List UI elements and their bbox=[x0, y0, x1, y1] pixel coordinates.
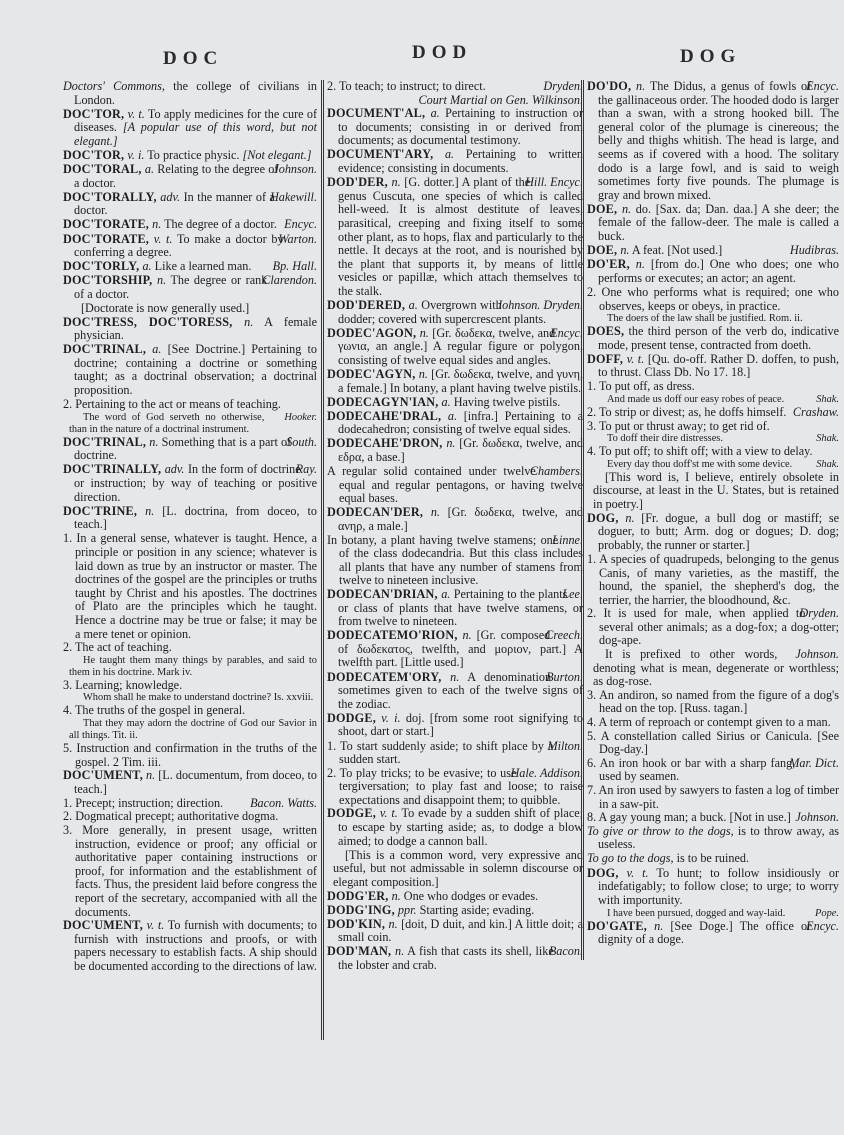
part-of-speech: adv. bbox=[160, 190, 180, 204]
headword: DODGE, bbox=[327, 806, 376, 820]
citation-author: Crashaw. bbox=[799, 406, 839, 420]
definition-text: 4. A term of reproach or contempt given … bbox=[587, 715, 831, 729]
citation-author: Encyc. bbox=[289, 218, 317, 232]
definition-text: 8. A gay young man; a buck. [Not in use.… bbox=[587, 810, 791, 824]
definition-text: 4. The truths of the gospel in general. bbox=[63, 703, 245, 717]
dictionary-entry: DOFF, v. t. [Qu. do-off. Rather D. doffe… bbox=[587, 353, 839, 380]
part-of-speech: n. bbox=[446, 436, 455, 450]
dictionary-entry: DODGE, v. t. To evade by a sudden shift … bbox=[327, 807, 583, 848]
dictionary-entry: DOCUMENT'ARY, a. Pertaining to written e… bbox=[327, 148, 583, 175]
guide-word-right: DOG bbox=[680, 46, 741, 68]
dictionary-entry: Bacon. DOD'MAN, n. A fish that casts its… bbox=[327, 945, 583, 972]
definition-text: [Fr. dogue, a bull dog or mastiff; se do… bbox=[598, 511, 839, 552]
definition-text: do. [Sax. da; Dan. daa.] A she deer; the… bbox=[598, 202, 839, 243]
headword: DOES, bbox=[587, 324, 624, 338]
dictionary-entry: DOD'KIN, n. [doit, D duit, and kin.] A l… bbox=[327, 918, 583, 945]
headword: DOC'TRINAL, bbox=[63, 435, 146, 449]
part-of-speech: a. bbox=[445, 147, 454, 161]
citation-author: Encyc. bbox=[811, 920, 839, 934]
dictionary-quote: That they may adorn the doctrine of God … bbox=[63, 718, 317, 742]
dictionary-sense: 2. One who performs what is required; on… bbox=[587, 286, 839, 313]
dictionary-entry: DODGE, v. i. doj. [from some root signif… bbox=[327, 712, 583, 739]
part-of-speech: v. i. bbox=[381, 711, 400, 725]
citation-author: Mar. Dict. bbox=[795, 757, 839, 771]
dictionary-phrase: Doctors' Commons, the college of civilia… bbox=[63, 80, 317, 107]
citation-author: Hale. Addison. bbox=[516, 767, 583, 781]
dictionary-sense: 3. An andiron, so named from the figure … bbox=[587, 689, 839, 716]
quotation-text: That they may adorn the doctrine of God … bbox=[69, 718, 317, 741]
citation-author: South. bbox=[291, 436, 317, 450]
quotation-text: He taught them many things by parables, … bbox=[69, 655, 317, 678]
dictionary-sense: Hale. Addison. 2. To play tricks; to be … bbox=[327, 767, 583, 808]
dictionary-entry: Bp. Hall. DOC'TORLY, a. Like a learned m… bbox=[63, 260, 317, 274]
dictionary-sense: Milton. 1. To start suddenly aside; to s… bbox=[327, 740, 583, 767]
part-of-speech: ppr. bbox=[398, 903, 417, 917]
headword: DODG'ING, bbox=[327, 903, 395, 917]
dictionary-sense: Linne. In botany, a plant having twelve … bbox=[327, 534, 583, 588]
column-left: Doctors' Commons, the college of civilia… bbox=[63, 80, 317, 1035]
dictionary-sense: 4. To put off; to shift off; with a view… bbox=[587, 445, 839, 459]
headword: DOC'TOR, bbox=[63, 148, 124, 162]
headword: DOCUMENT'ARY, bbox=[327, 147, 433, 161]
part-of-speech: n. bbox=[395, 944, 404, 958]
definition-text: 7. An iron used by sawyers to fasten a l… bbox=[587, 783, 839, 811]
dictionary-sense: Dryden. 2. To teach; to instruct; to dir… bbox=[327, 80, 583, 94]
dictionary-entry: Ray. DOC'TRINALLY, adv. In the form of d… bbox=[63, 463, 317, 504]
headword: DOE, bbox=[587, 243, 617, 257]
headword: DOFF, bbox=[587, 352, 623, 366]
part-of-speech: n. bbox=[419, 367, 428, 381]
headword: DOD'DER, bbox=[327, 175, 388, 189]
citation-author: Encyc. bbox=[811, 80, 839, 94]
part-of-speech: n. bbox=[392, 889, 401, 903]
dictionary-entry: Creech. DODECATEMO'RION, n. [Gr. compose… bbox=[327, 629, 583, 670]
dictionary-entry: DOC'TOR, v. t. To apply medicines for th… bbox=[63, 108, 317, 149]
dictionary-note: [This is a common word, very expressive … bbox=[327, 849, 583, 890]
part-of-speech: a. bbox=[442, 395, 451, 409]
part-of-speech: v. t. bbox=[128, 107, 145, 121]
dictionary-sense: Dryden. 2. It is used for male, when app… bbox=[587, 607, 839, 648]
part-of-speech: n. bbox=[654, 919, 663, 933]
citation-author: Hill. Encyc. bbox=[530, 176, 583, 190]
dictionary-note: [Doctorate is now generally used.] bbox=[63, 302, 317, 316]
part-of-speech: a. bbox=[145, 162, 154, 176]
headword: DODECAN'DRIAN, bbox=[327, 587, 438, 601]
dictionary-sense: 2. The act of teaching. bbox=[63, 641, 317, 655]
citation-author: Ray. bbox=[301, 463, 317, 477]
headword: DOC'TRESS, DOC'TORESS, bbox=[63, 315, 233, 329]
headword: DODEC'AGYN, bbox=[327, 367, 416, 381]
dictionary-sense: 4. The truths of the gospel in general. bbox=[63, 704, 317, 718]
part-of-speech: n. bbox=[636, 79, 645, 93]
citation-author: Johnson. bbox=[278, 163, 317, 177]
part-of-speech: a. bbox=[441, 587, 450, 601]
definition-text: 3. An andiron, so named from the figure … bbox=[587, 688, 839, 716]
quotation-text: The doers of the law shall be justified.… bbox=[607, 313, 803, 324]
dictionary-sense: 2. Pertaining to the act or means of tea… bbox=[63, 398, 317, 412]
headword: DODG'ER, bbox=[327, 889, 389, 903]
dictionary-sense: Chambers. A regular solid contained unde… bbox=[327, 465, 583, 506]
headword: DOC'TRINALLY, bbox=[63, 462, 161, 476]
quotation-text: I have been pursued, dogged and way-laid… bbox=[607, 908, 785, 919]
definition-text: 1. In a general sense, whatever is taugh… bbox=[63, 531, 317, 640]
dictionary-entry: Johnson. DOC'TORAL, a. Relating to the d… bbox=[63, 163, 317, 190]
dictionary-sense: 3. To put or thrust away; to get rid of. bbox=[587, 420, 839, 434]
running-head: DOC DOD DOG bbox=[0, 38, 844, 72]
quotation-text: Every day thou doff'st me with some devi… bbox=[607, 459, 792, 470]
dictionary-entry: DODECAHE'DRON, n. [Gr. δωδεκα, twelve, a… bbox=[327, 437, 583, 464]
dictionary-entry: DODECAHE'DRAL, a. [infra.] Pertaining to… bbox=[327, 410, 583, 437]
dictionary-sense: 3. More generally, in present usage, wri… bbox=[63, 824, 317, 919]
dictionary-note: [This word is, I believe, entirely obsol… bbox=[587, 471, 839, 512]
guide-word-center: DOD bbox=[412, 42, 472, 64]
part-of-speech: n. bbox=[625, 511, 634, 525]
definition-text: 1. Precept; instruction; direction. bbox=[63, 796, 223, 810]
headword: DOC'TRINE, bbox=[63, 504, 137, 518]
guide-word-left: DOC bbox=[163, 48, 223, 70]
definition-text: 2. It is used for male, when applied to … bbox=[587, 606, 839, 647]
dictionary-entry: Encyc. DO'GATE, n. [See Doge.] The offic… bbox=[587, 920, 839, 947]
part-of-speech: n. bbox=[146, 768, 155, 782]
dictionary-sense: 1. In a general sense, whatever is taugh… bbox=[63, 532, 317, 641]
citation-author: Bp. Hall. bbox=[278, 260, 317, 274]
part-of-speech: n. bbox=[244, 315, 253, 329]
citation-author: Encyc. bbox=[555, 327, 583, 341]
quotation-text: And made us doff our easy robes of peace… bbox=[607, 394, 784, 405]
part-of-speech: a. bbox=[431, 106, 440, 120]
definition-text: 3. To put or thrust away; to get rid of. bbox=[587, 419, 770, 433]
dictionary-entry: Encyc. DO'DO, n. The Didus, a genus of f… bbox=[587, 80, 839, 202]
definition-text: 2. To teach; to instruct; to direct. bbox=[327, 79, 486, 93]
phrase-head: To go to the dogs, bbox=[587, 851, 674, 865]
definition-text: A feat. [Not used.] bbox=[632, 243, 722, 257]
citation-author: Johnson. bbox=[777, 648, 839, 662]
part-of-speech: n. bbox=[149, 435, 158, 449]
part-of-speech: v. i. bbox=[127, 148, 144, 162]
citation-author: Chambers. bbox=[536, 465, 583, 479]
dictionary-sense: 1. To put off, as dress. bbox=[587, 380, 839, 394]
definition-text: [from do.] One who does; one who perform… bbox=[598, 257, 839, 285]
headword: DOG, bbox=[587, 866, 619, 880]
headword: DOC'TORALLY, bbox=[63, 190, 157, 204]
headword: DOD'KIN, bbox=[327, 917, 385, 931]
citation-author: Milton. bbox=[553, 740, 583, 754]
definition-text: 5. A constellation called Sirius or Cani… bbox=[587, 729, 839, 757]
headword: DODECAHE'DRON, bbox=[327, 436, 443, 450]
headword: DOC'TORATE, bbox=[63, 232, 149, 246]
headword: DODECATEM'ORY, bbox=[327, 670, 441, 684]
phrase-head: Doctors' Commons, bbox=[63, 79, 165, 93]
part-of-speech: adv. bbox=[165, 462, 185, 476]
headword: DOCUMENT'AL, bbox=[327, 106, 425, 120]
part-of-speech: n. bbox=[636, 257, 645, 271]
quotation-text: Whom shall he make to understand doctrin… bbox=[83, 692, 313, 703]
dictionary-phrase: To go to the dogs, is to be ruined. bbox=[587, 852, 839, 866]
headword: DODECAGYN'IAN, bbox=[327, 395, 438, 409]
definition-text: is to be ruined. bbox=[677, 851, 749, 865]
citation-author: Creech. bbox=[550, 629, 583, 643]
definition-text: 2. Dogmatical precept; authoritative dog… bbox=[63, 809, 278, 823]
citation-author: Johnson. bbox=[801, 811, 839, 825]
dictionary-entry: Hill. Encyc. DOD'DER, n. [G. dotter.] A … bbox=[327, 176, 583, 298]
citation-author: Hakewill. bbox=[275, 191, 317, 205]
dictionary-columns: Doctors' Commons, the college of civilia… bbox=[63, 80, 833, 1100]
citation-author: Warton. bbox=[284, 233, 318, 247]
headword: DO'GATE, bbox=[587, 919, 647, 933]
part-of-speech: n. bbox=[620, 243, 629, 257]
dictionary-sense: 1. A species of quadrupeds, belonging to… bbox=[587, 553, 839, 607]
headword: DOC'TORAL, bbox=[63, 162, 142, 176]
dictionary-entry: Hakewill. DOC'TORALLY, adv. In the manne… bbox=[63, 191, 317, 218]
dictionary-entry: DOG, n. [Fr. dogue, a bull dog or mastif… bbox=[587, 512, 839, 553]
column-right: Encyc. DO'DO, n. The Didus, a genus of f… bbox=[581, 80, 839, 960]
definition-text: 3. More generally, in present usage, wri… bbox=[63, 823, 317, 919]
dictionary-entry: DOC'TOR, v. i. To practice physic. [Not … bbox=[63, 149, 317, 163]
dictionary-entry: Warton. DOC'TORATE, v. t. To make a doct… bbox=[63, 233, 317, 260]
dictionary-sense: 5. Instruction and confirmation in the t… bbox=[63, 742, 317, 769]
dictionary-entry: Johnson. Dryden. DOD'DERED, a. Overgrown… bbox=[327, 299, 583, 326]
dictionary-sense: Bacon. Watts. 1. Precept; instruction; d… bbox=[63, 797, 317, 811]
dictionary-entry: DODECAN'DER, n. [Gr. δωδεκα, twelve, and… bbox=[327, 506, 583, 533]
definition-text: 3. Learning; knowledge. bbox=[63, 678, 182, 692]
dictionary-entry: Court Martial on Gen. Wilkinson. DOCUMEN… bbox=[327, 94, 583, 148]
part-of-speech: n. bbox=[622, 202, 631, 216]
headword: DODECAN'DER, bbox=[327, 505, 423, 519]
dictionary-entry: Lee. DODECAN'DRIAN, a. Pertaining to the… bbox=[327, 588, 583, 629]
citation-author: Clarendon. bbox=[267, 274, 317, 288]
part-of-speech: v. t. bbox=[380, 806, 398, 820]
definition-text: Like a learned man. bbox=[155, 259, 252, 273]
dictionary-sense: 2. Dogmatical precept; authoritative dog… bbox=[63, 810, 317, 824]
definition-text: The degree of a doctor. bbox=[164, 217, 277, 231]
quotation-text: The word of God serveth no otherwise, th… bbox=[69, 412, 264, 435]
citation-author: Linne. bbox=[558, 534, 583, 548]
dictionary-entry: DOC'TRINE, n. [L. doctrina, from doceo, … bbox=[63, 505, 317, 532]
part-of-speech: a. bbox=[142, 259, 151, 273]
headword: DODECATEMO'RION, bbox=[327, 628, 458, 642]
dictionary-entry: Burton. DODECATEM'ORY, n. A denomination… bbox=[327, 671, 583, 712]
headword: DODECAHE'DRAL, bbox=[327, 409, 441, 423]
headword: DODGE, bbox=[327, 711, 376, 725]
part-of-speech: n. bbox=[152, 217, 161, 231]
dictionary-quote: He taught them many things by parables, … bbox=[63, 655, 317, 679]
definition-text: [G. dotter.] A plant of the genus Cuscut… bbox=[338, 175, 583, 298]
dictionary-entry: Encyc. DOC'TORATE, n. The degree of a do… bbox=[63, 218, 317, 232]
part-of-speech: n. bbox=[431, 505, 440, 519]
definition-text: [This is a common word, very expressive … bbox=[333, 848, 583, 889]
dictionary-entry: Encyc. DODEC'AGON, n. [Gr. δωδεκα, twelv… bbox=[327, 327, 583, 368]
headword: DOD'DERED, bbox=[327, 298, 405, 312]
usage-note: [Not elegant.] bbox=[242, 148, 311, 162]
definition-text: 2. One who performs what is required; on… bbox=[587, 285, 839, 313]
dictionary-entry: DODG'ING, ppr. Starting aside; evading. bbox=[327, 904, 583, 918]
part-of-speech: v. t. bbox=[627, 352, 645, 366]
part-of-speech: v. t. bbox=[147, 918, 165, 932]
dictionary-entry: DOC'TRESS, DOC'TORESS, n. A female physi… bbox=[63, 316, 317, 343]
dictionary-phrase: To give or throw to the dogs, is to thro… bbox=[587, 825, 839, 852]
headword: DOC'TRINAL, bbox=[63, 342, 146, 356]
citation-author: Johnson. Dryden. bbox=[502, 299, 583, 313]
part-of-speech: a. bbox=[409, 298, 418, 312]
dictionary-quote: Hooker. The word of God serveth no other… bbox=[63, 412, 317, 436]
citation-author: Hudibras. bbox=[795, 244, 839, 258]
dictionary-entry: DOC'UMENT, v. t. To furnish with documen… bbox=[63, 919, 317, 973]
definition-text: 4. To put off; to shift off; with a view… bbox=[587, 444, 813, 458]
headword: DO'ER, bbox=[587, 257, 630, 271]
part-of-speech: n. bbox=[157, 273, 166, 287]
citation-author: Bacon. bbox=[554, 945, 583, 959]
citation-author: Court Martial on Gen. Wilkinson. bbox=[423, 94, 583, 108]
dictionary-entry: DOC'UMENT, n. [L. documentum, from doceo… bbox=[63, 769, 317, 796]
dictionary-note: Johnson. It is prefixed to other words, … bbox=[587, 648, 839, 689]
definition-text: To practice physic. bbox=[147, 148, 239, 162]
dictionary-sense: Johnson. 8. A gay young man; a buck. [No… bbox=[587, 811, 839, 825]
definition-text: [Doctorate is now generally used.] bbox=[81, 301, 249, 315]
dictionary-sense: Crashaw. 2. To strip or divest; as, he d… bbox=[587, 406, 839, 420]
part-of-speech: n. bbox=[145, 504, 154, 518]
citation-author: Dryden. bbox=[805, 607, 839, 621]
definition-text: 1. To put off, as dress. bbox=[587, 379, 695, 393]
part-of-speech: a. bbox=[448, 409, 457, 423]
dictionary-sense: Mar. Dict. 6. An iron hook or bar with a… bbox=[587, 757, 839, 784]
part-of-speech: n. bbox=[463, 628, 472, 642]
part-of-speech: v. t. bbox=[154, 232, 173, 246]
definition-text: 1. To start suddenly aside; to shift pla… bbox=[327, 739, 553, 767]
headword: DOC'TORLY, bbox=[63, 259, 139, 273]
headword: DOC'UMENT, bbox=[63, 768, 143, 782]
headword: DO'DO, bbox=[587, 79, 631, 93]
definition-text: Starting aside; evading. bbox=[420, 903, 535, 917]
dictionary-entry: DOG, v. t. To hunt; to follow insidiousl… bbox=[587, 867, 839, 908]
definition-text: 2. To strip or divest; as, he doffs hims… bbox=[587, 405, 786, 419]
headword: DOC'TORATE, bbox=[63, 217, 149, 231]
headword: DOC'UMENT, bbox=[63, 918, 143, 932]
part-of-speech: n. bbox=[450, 670, 459, 684]
citation-author: Hooker. bbox=[264, 412, 317, 424]
definition-text: One who dodges or evades. bbox=[404, 889, 538, 903]
column-middle: Dryden. 2. To teach; to instruct; to dir… bbox=[321, 80, 583, 1040]
headword: DOC'TOR, bbox=[63, 107, 124, 121]
headword: DOD'MAN, bbox=[327, 944, 391, 958]
part-of-speech: n. bbox=[420, 326, 429, 340]
definition-text: Having twelve pistils. bbox=[454, 395, 561, 409]
part-of-speech: v. t. bbox=[627, 866, 649, 880]
definition-text: the third person of the verb do, indicat… bbox=[598, 324, 839, 352]
dictionary-entry: DOC'TRINAL, a. [See Doctrine.] Pertainin… bbox=[63, 343, 317, 397]
citation-author: Burton. bbox=[551, 671, 583, 685]
definition-text: 6. An iron hook or bar with a sharp fang… bbox=[587, 756, 795, 784]
dictionary-sense: 7. An iron used by sawyers to fasten a l… bbox=[587, 784, 839, 811]
dictionary-sense: 5. A constellation called Sirius or Cani… bbox=[587, 730, 839, 757]
definition-text: [This word is, I believe, entirely obsol… bbox=[593, 470, 839, 511]
definition-text: The Didus, a genus of fowls of the galli… bbox=[598, 79, 839, 202]
dictionary-entry: DO'ER, n. [from do.] One who does; one w… bbox=[587, 258, 839, 285]
headword: DOG, bbox=[587, 511, 619, 525]
dictionary-entry: DOES, the third person of the verb do, i… bbox=[587, 325, 839, 352]
dictionary-entry: South. DOC'TRINAL, n. Something that is … bbox=[63, 436, 317, 463]
definition-text: In botany, a plant having twelve stamens… bbox=[327, 533, 583, 588]
dictionary-sense: 3. Learning; knowledge. bbox=[63, 679, 317, 693]
dictionary-sense: 4. A term of reproach or contempt given … bbox=[587, 716, 839, 730]
definition-text: 2. The act of teaching. bbox=[63, 640, 172, 654]
part-of-speech: n. bbox=[392, 175, 401, 189]
citation-author: Bacon. Watts. bbox=[256, 797, 317, 811]
part-of-speech: a. bbox=[152, 342, 161, 356]
part-of-speech: n. bbox=[389, 917, 398, 931]
dictionary-entry: Clarendon. DOC'TORSHIP, n. The degree or… bbox=[63, 274, 317, 301]
definition-text: 2. Pertaining to the act or means of tea… bbox=[63, 397, 281, 411]
headword: DOC'TORSHIP, bbox=[63, 273, 152, 287]
dictionary-entry: DODEC'AGYN, n. [Gr. δωδεκα, twelve, and … bbox=[327, 368, 583, 395]
headword: DODEC'AGON, bbox=[327, 326, 416, 340]
headword: DOE, bbox=[587, 202, 617, 216]
dictionary-entry: DODG'ER, n. One who dodges or evades. bbox=[327, 890, 583, 904]
dictionary-entry: Hudibras. DOE, n. A feat. [Not used.] bbox=[587, 244, 839, 258]
phrase-head: To give or throw to the dogs, bbox=[587, 824, 734, 838]
dictionary-entry: DOE, n. do. [Sax. da; Dan. daa.] A she d… bbox=[587, 203, 839, 244]
citation-author: Dryden. bbox=[549, 80, 583, 94]
definition-text: 5. Instruction and confirmation in the t… bbox=[63, 741, 317, 769]
quotation-text: To doff their dire distresses. bbox=[607, 433, 723, 444]
dictionary-entry: DODECAGYN'IAN, a. Having twelve pistils. bbox=[327, 396, 583, 410]
definition-text: 1. A species of quadrupeds, belonging to… bbox=[587, 552, 839, 607]
